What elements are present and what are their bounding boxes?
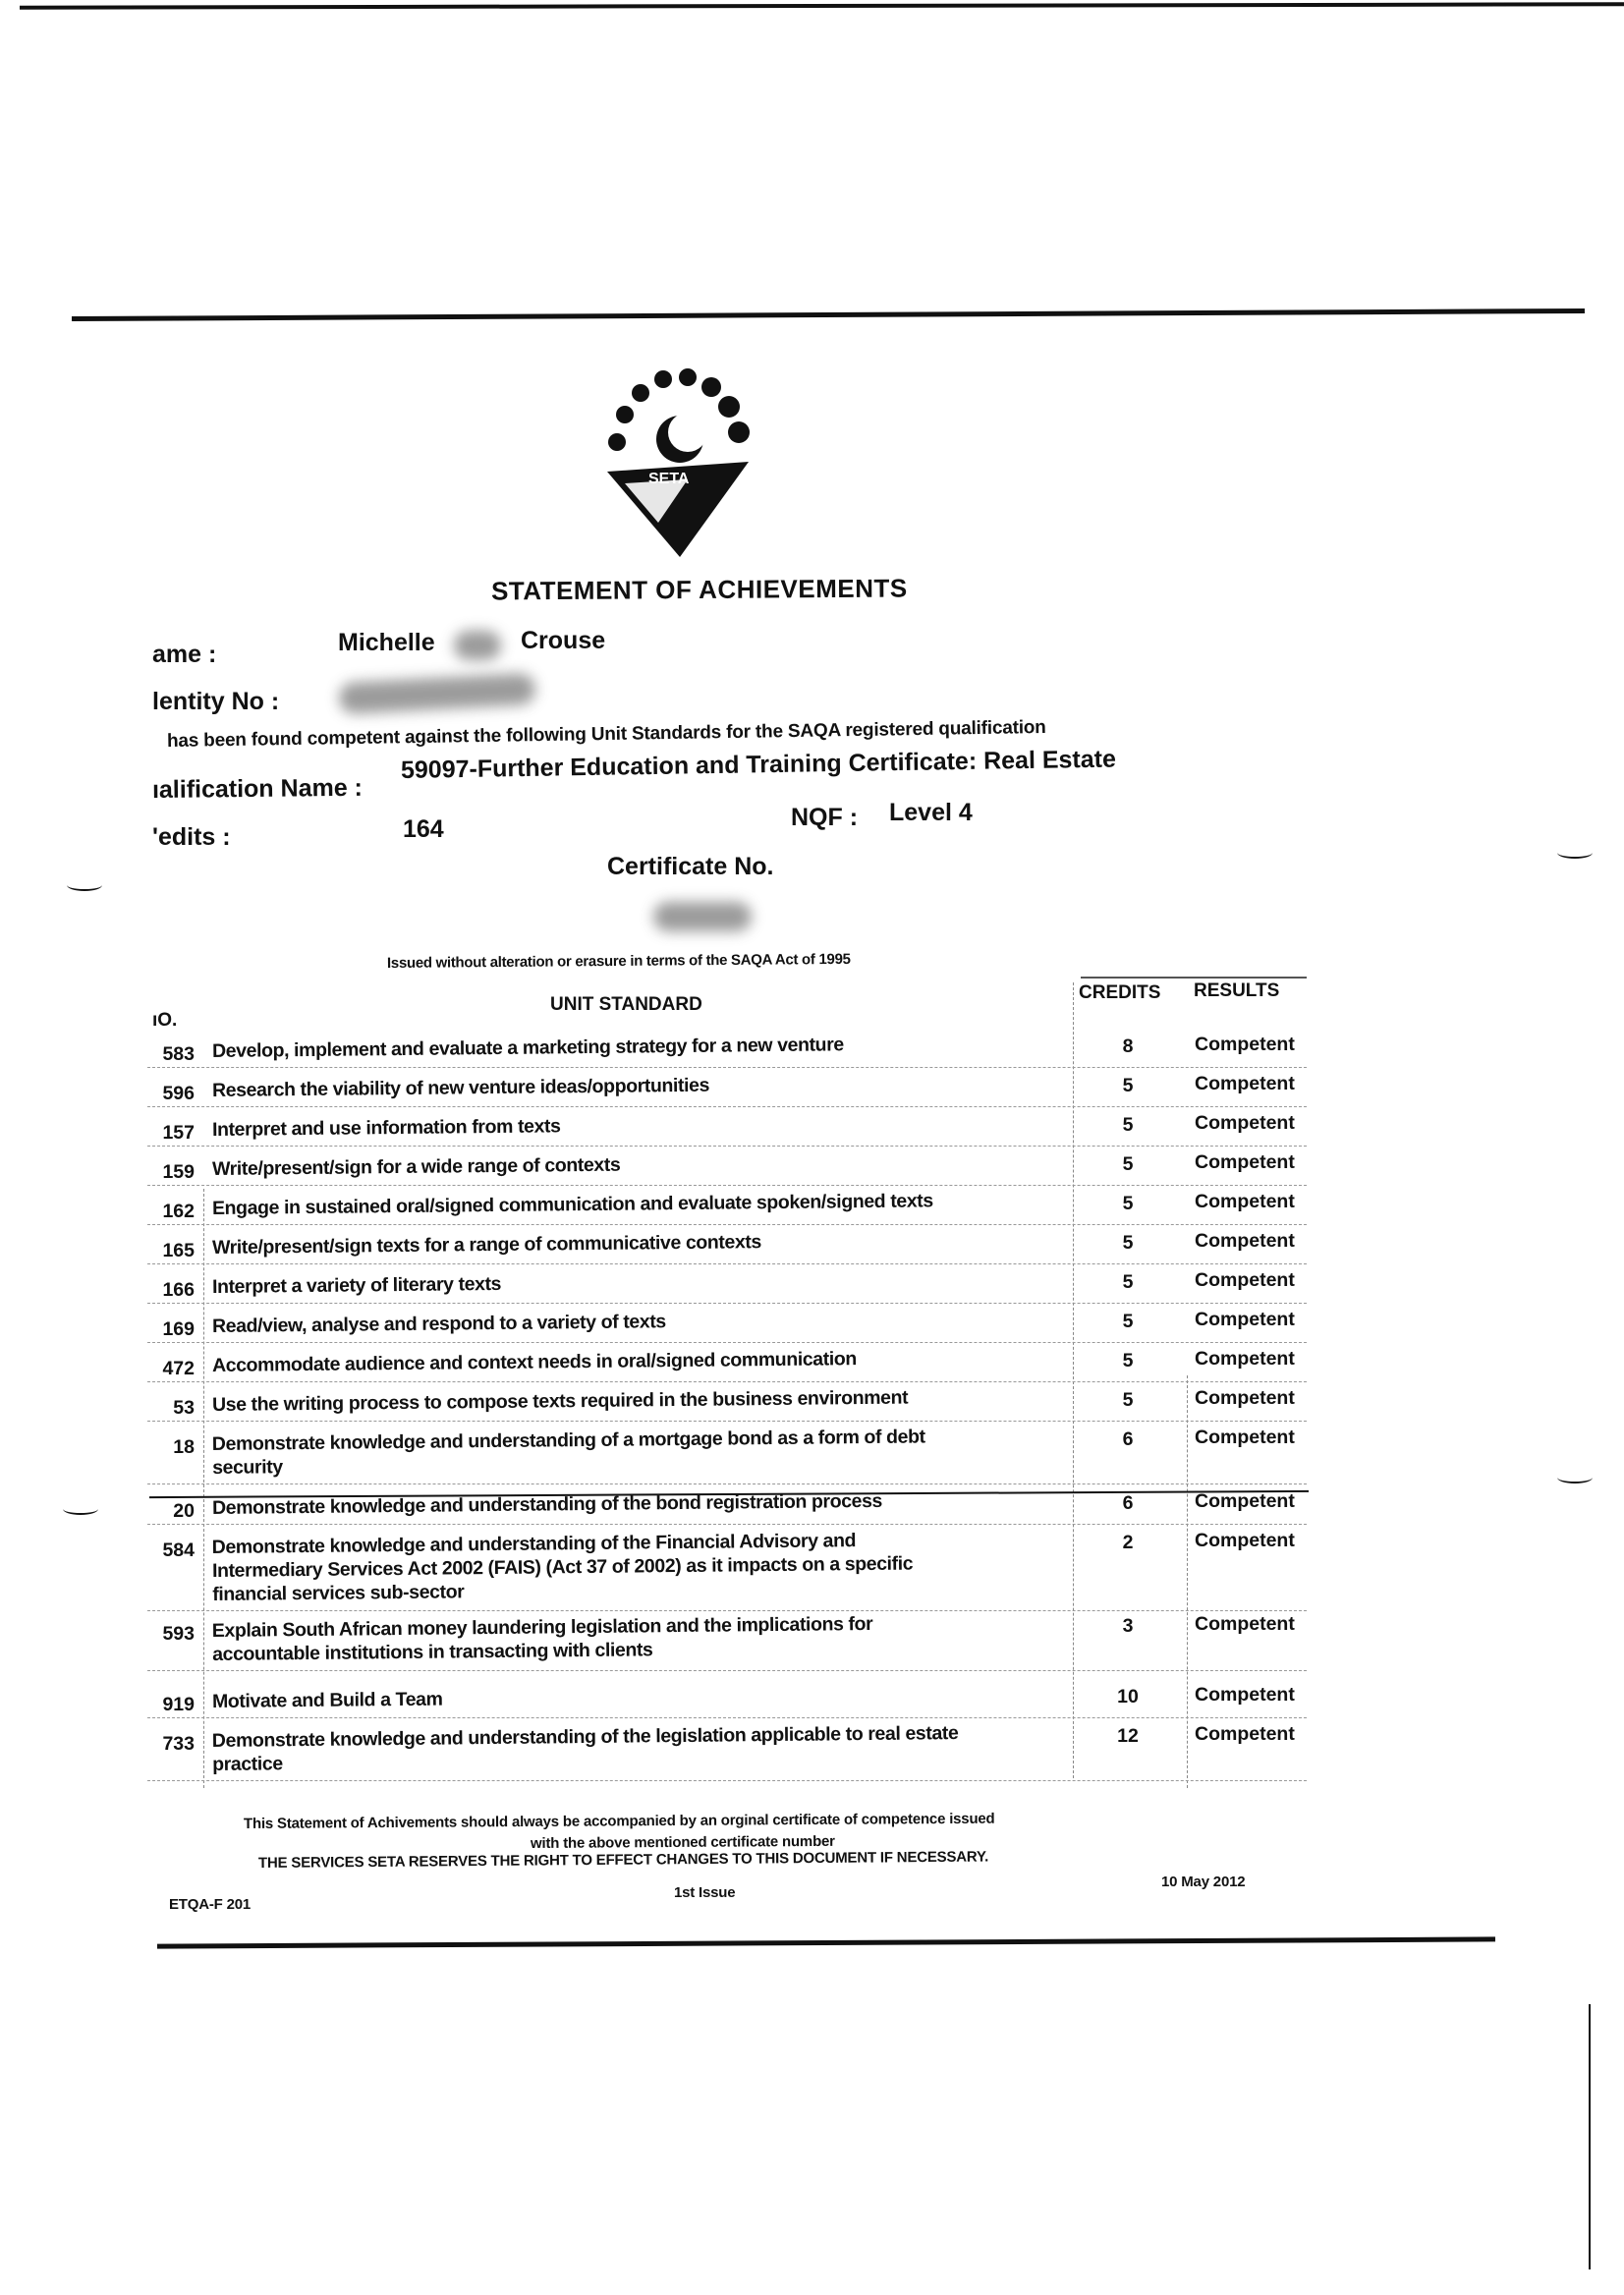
result-status: Competent <box>1195 1723 1295 1746</box>
results-left-border <box>1187 1375 1188 1788</box>
unit-standard-number: 593 <box>145 1623 195 1646</box>
unit-standard-title: Develop, implement and evaluate a market… <box>212 1033 844 1063</box>
row-separator <box>147 1717 1307 1718</box>
result-status: Competent <box>1195 1269 1295 1292</box>
unit-standard-title: Engage in sustained oral/signed communic… <box>212 1189 933 1220</box>
credits-value: 6 <box>1108 1492 1148 1515</box>
row-separator <box>147 1185 1307 1186</box>
result-status: Competent <box>1195 1684 1295 1707</box>
footer-note-line2: with the above mentioned certificate num… <box>531 1833 835 1852</box>
unit-standard-title: Write/present/sign texts for a range of … <box>212 1230 761 1259</box>
unit-standard-title: Use the writing process to compose texts… <box>212 1386 908 1417</box>
result-status: Competent <box>1195 1613 1295 1636</box>
unit-left-border <box>203 1189 204 1788</box>
credits-value: 5 <box>1108 1114 1148 1137</box>
credits-value: 5 <box>1108 1075 1148 1097</box>
row-separator <box>147 1670 1307 1671</box>
unit-standard-number: 583 <box>145 1043 195 1066</box>
credits-value: 5 <box>1108 1153 1148 1176</box>
credits-value: 5 <box>1108 1389 1148 1412</box>
result-status: Competent <box>1195 1387 1295 1410</box>
unit-standard-title: Accommodate audience and context needs i… <box>212 1347 857 1377</box>
row-separator <box>147 1263 1307 1264</box>
unit-standard-number: 166 <box>145 1279 195 1302</box>
credits-left-border <box>1073 982 1074 1778</box>
credits-value: 3 <box>1108 1615 1148 1638</box>
credits-value: 5 <box>1108 1193 1148 1215</box>
unit-standards-table: ıO. UNIT STANDARD CREDITS RESULTS 583Dev… <box>0 0 1624 2295</box>
unit-standard-title: Read/view, analyse and respond to a vari… <box>212 1310 666 1338</box>
credits-value: 12 <box>1108 1725 1148 1748</box>
unit-standard-number: 733 <box>145 1733 195 1756</box>
row-separator <box>147 1303 1307 1304</box>
credits-value: 8 <box>1108 1036 1148 1058</box>
unit-standard-title: Demonstrate knowledge and understanding … <box>212 1425 925 1480</box>
unit-standard-title: Demonstrate knowledge and understanding … <box>212 1489 882 1520</box>
result-status: Competent <box>1195 1073 1295 1095</box>
row-separator <box>147 1106 1307 1107</box>
credits-value: 5 <box>1108 1271 1148 1294</box>
footer-form-code: ETQA-F 201 <box>169 1896 251 1913</box>
unit-standard-title: Research the viability of new venture id… <box>212 1074 709 1102</box>
row-separator <box>147 1381 1307 1382</box>
header-top-line <box>1081 977 1307 979</box>
result-status: Competent <box>1195 1230 1295 1253</box>
credits-value: 2 <box>1108 1532 1148 1554</box>
row-separator <box>147 1146 1307 1147</box>
unit-standard-title: Demonstrate knowledge and understanding … <box>212 1721 959 1776</box>
unit-standard-title: Demonstrate knowledge and understanding … <box>212 1529 914 1606</box>
result-status: Competent <box>1195 1112 1295 1135</box>
footer-date: 10 May 2012 <box>1161 1874 1245 1890</box>
col-header-credits: CREDITS <box>1079 982 1160 1004</box>
result-status: Competent <box>1195 1530 1295 1552</box>
unit-standard-number: 919 <box>145 1694 195 1716</box>
unit-standard-number: 18 <box>145 1436 195 1459</box>
unit-standard-title: Interpret a variety of literary texts <box>212 1272 501 1299</box>
unit-standard-title: Interpret and use information from texts <box>212 1114 561 1142</box>
row-separator <box>147 1610 1307 1611</box>
result-status: Competent <box>1195 1348 1295 1371</box>
row-separator <box>147 1483 1307 1484</box>
unit-standard-number: 584 <box>145 1539 195 1562</box>
unit-standard-number: 472 <box>145 1358 195 1380</box>
credits-value: 6 <box>1108 1428 1148 1451</box>
result-status: Competent <box>1195 1034 1295 1056</box>
unit-standard-number: 169 <box>145 1318 195 1341</box>
col-header-no: ıO. <box>152 1010 177 1032</box>
unit-standard-title: Write/present/sign for a wide range of c… <box>212 1153 621 1181</box>
row-separator <box>147 1342 1307 1343</box>
footer-issue: 1st Issue <box>674 1884 735 1901</box>
credits-value: 5 <box>1108 1350 1148 1372</box>
credits-value: 5 <box>1108 1232 1148 1255</box>
unit-standard-title: Motivate and Build a Team <box>212 1688 443 1713</box>
result-status: Competent <box>1195 1427 1295 1449</box>
unit-standard-number: 162 <box>145 1201 195 1223</box>
credits-value: 10 <box>1108 1686 1148 1708</box>
unit-standard-number: 20 <box>145 1500 195 1523</box>
row-separator <box>147 1780 1307 1781</box>
unit-standard-number: 53 <box>145 1397 195 1420</box>
unit-standard-number: 165 <box>145 1240 195 1262</box>
row-separator <box>147 1524 1307 1525</box>
result-status: Competent <box>1195 1309 1295 1331</box>
result-status: Competent <box>1195 1490 1295 1513</box>
row-separator <box>147 1224 1307 1225</box>
row-separator <box>147 1421 1307 1422</box>
unit-standard-number: 157 <box>145 1122 195 1145</box>
result-status: Competent <box>1195 1191 1295 1213</box>
row-separator <box>147 1067 1307 1068</box>
result-status: Competent <box>1195 1151 1295 1174</box>
unit-standard-number: 159 <box>145 1161 195 1184</box>
credits-value: 5 <box>1108 1311 1148 1333</box>
unit-standard-title: Explain South African money laundering l… <box>212 1612 873 1666</box>
unit-standard-number: 596 <box>145 1083 195 1105</box>
col-header-results: RESULTS <box>1194 980 1279 1002</box>
col-header-unit-standard: UNIT STANDARD <box>550 994 702 1016</box>
